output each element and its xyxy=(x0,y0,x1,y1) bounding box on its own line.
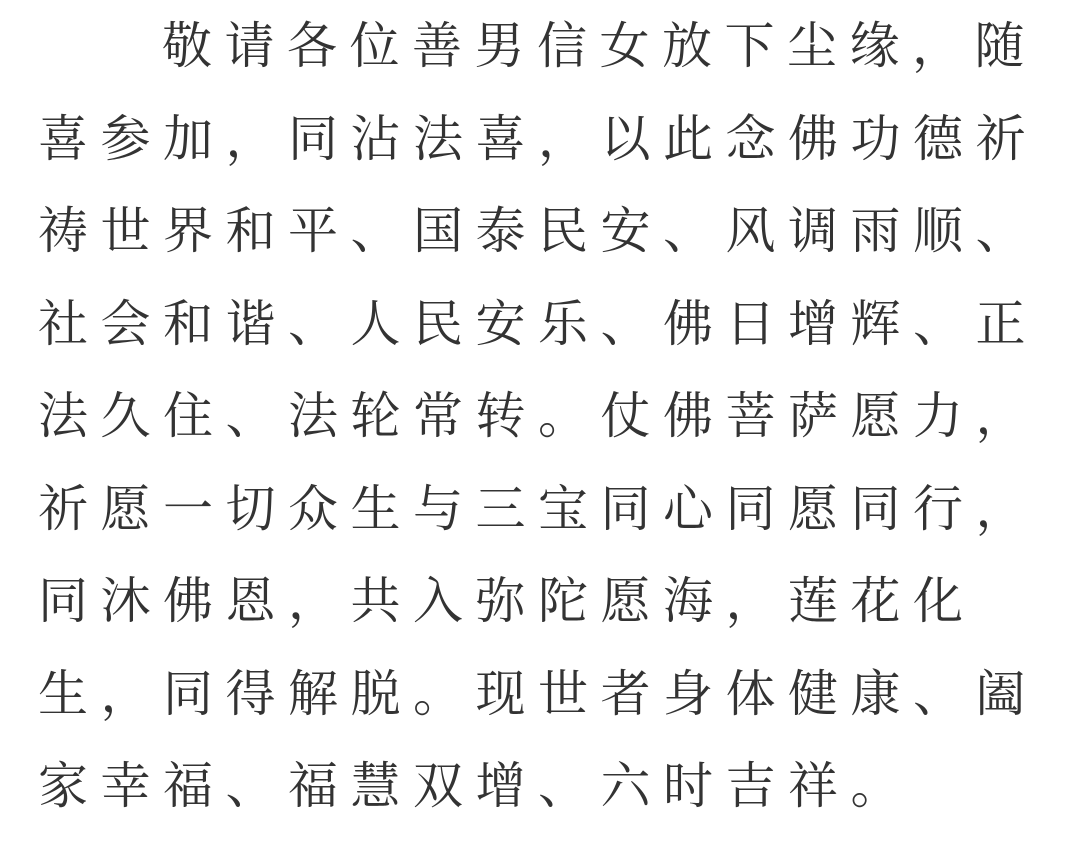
text-line-1: 敬请各位善男信女放下尘缘，随 xyxy=(38,0,1058,93)
text-line-7: 同沐佛恩，共入弥陀愿海，莲花化 xyxy=(38,555,1058,648)
text-line-6: 祈愿一切众生与三宝同心同愿同行， xyxy=(38,463,1058,556)
text-line-5: 法久住、法轮常转。仗佛菩萨愿力， xyxy=(38,370,1058,463)
text-line-9: 家幸福、福慧双增、六时吉祥。 xyxy=(38,740,1058,833)
paragraph: 敬请各位善男信女放下尘缘，随 喜参加，同沾法喜，以此念佛功德祈 祷世界和平、国泰… xyxy=(38,0,1058,833)
document-body: 敬请各位善男信女放下尘缘，随 喜参加，同沾法喜，以此念佛功德祈 祷世界和平、国泰… xyxy=(38,0,1058,833)
text-line-8: 生，同得解脱。现世者身体健康、阖 xyxy=(38,648,1058,741)
text-line-4: 社会和谐、人民安乐、佛日增辉、正 xyxy=(38,278,1058,371)
text-line-3: 祷世界和平、国泰民安、风调雨顺、 xyxy=(38,185,1058,278)
text-line-2: 喜参加，同沾法喜，以此念佛功德祈 xyxy=(38,93,1058,186)
